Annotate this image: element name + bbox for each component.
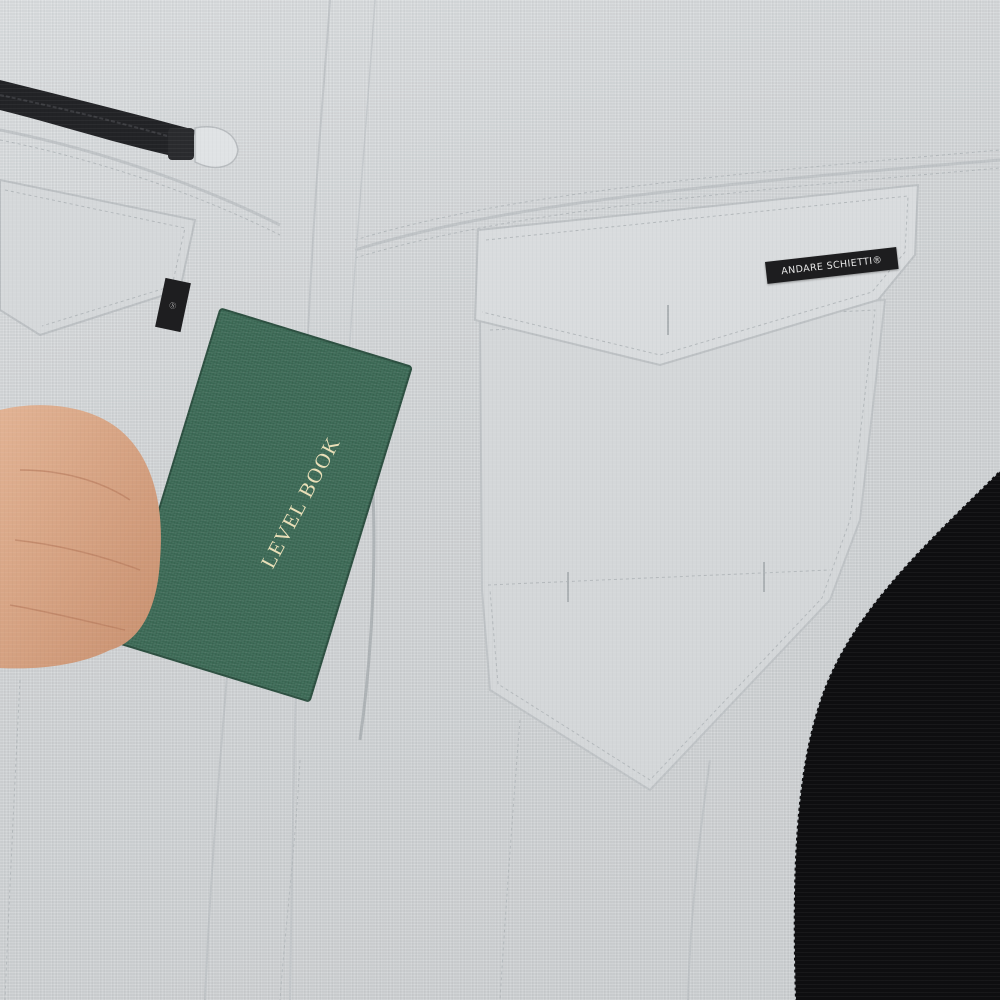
jacket-illustration <box>0 0 1000 1000</box>
photo-scene: LEVEL BOOK ANDARE SCHIETTI® Ⓢ <box>0 0 1000 1000</box>
